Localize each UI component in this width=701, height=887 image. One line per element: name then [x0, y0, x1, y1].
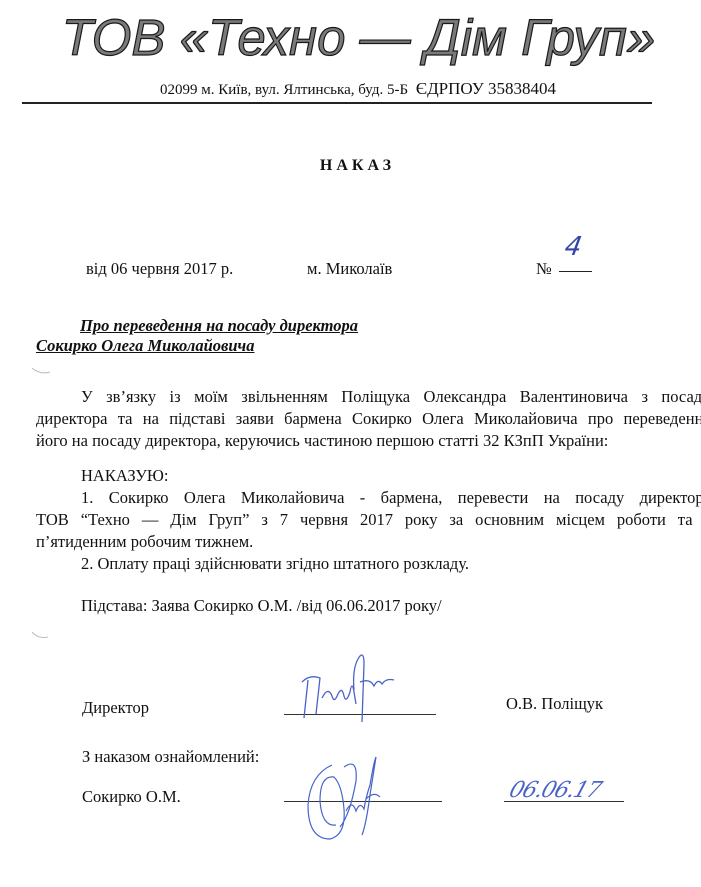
acknowledged-label: З наказом ознайомлений:: [82, 746, 259, 768]
order-word: НАКАЗУЮ:: [36, 465, 701, 487]
order-section: НАКАЗУЮ: 1. Сокирко Олега Миколайовича -…: [36, 465, 701, 575]
letterhead-divider: [22, 102, 652, 104]
director-title: Директор: [82, 697, 149, 719]
subject-line-1: Про переведення на посаду директора: [80, 316, 358, 336]
edrpou-code: ЄДРПОУ 35838404: [416, 79, 556, 98]
subject-line-2: Сокирко Олега Миколайовича: [36, 336, 254, 356]
preamble-paragraph: У зв’язку із моїм звільненням Поліщука О…: [36, 386, 701, 452]
handwritten-date: 06.06.17: [506, 778, 604, 803]
address-text: 02099 м. Київ, вул. Ялтинська, буд. 5-Б: [160, 82, 408, 98]
director-signature-icon: [290, 652, 400, 724]
order-number-underline: [559, 271, 592, 272]
order-item-2-line: 2. Оплату праці здійснювати згідно штатн…: [36, 553, 701, 575]
order-item-1-line: 1. Сокирко Олега Миколайовича - бармена,…: [36, 487, 701, 509]
director-name: О.В. Поліщук: [506, 693, 603, 715]
employee-name: Сокирко О.М.: [82, 786, 181, 808]
company-address: 02099 м. Київ, вул. Ялтинська, буд. 5-Б …: [160, 80, 556, 99]
preamble-line: його на посаду директора, керуючись част…: [36, 430, 701, 452]
order-number-handwritten: 4: [562, 232, 584, 262]
order-city: м. Миколаїв: [307, 258, 392, 280]
preamble-line: У зв’язку із моїм звільненням Поліщука О…: [36, 386, 701, 408]
employee-signature-icon: [300, 755, 400, 845]
scan-artifact-icon: [30, 366, 52, 376]
company-name: ТОВ «Техно — Дім Груп»: [0, 8, 701, 68]
scan-artifact-icon: [30, 630, 50, 640]
order-item-1-line: ТОВ “Техно — Дім Груп” з 7 червня 2017 р…: [36, 509, 701, 531]
document-heading: НАКАЗ: [0, 157, 701, 175]
basis-statement: Підстава: Заява Сокирко О.М. /від 06.06.…: [81, 595, 442, 617]
preamble-line: директора та на підставі заяви бармена С…: [36, 408, 701, 430]
order-number-label: №: [536, 258, 552, 280]
order-item-1-line: п’ятиденним робочим тижнем.: [36, 531, 701, 553]
order-date: від 06 червня 2017 р.: [86, 258, 233, 280]
